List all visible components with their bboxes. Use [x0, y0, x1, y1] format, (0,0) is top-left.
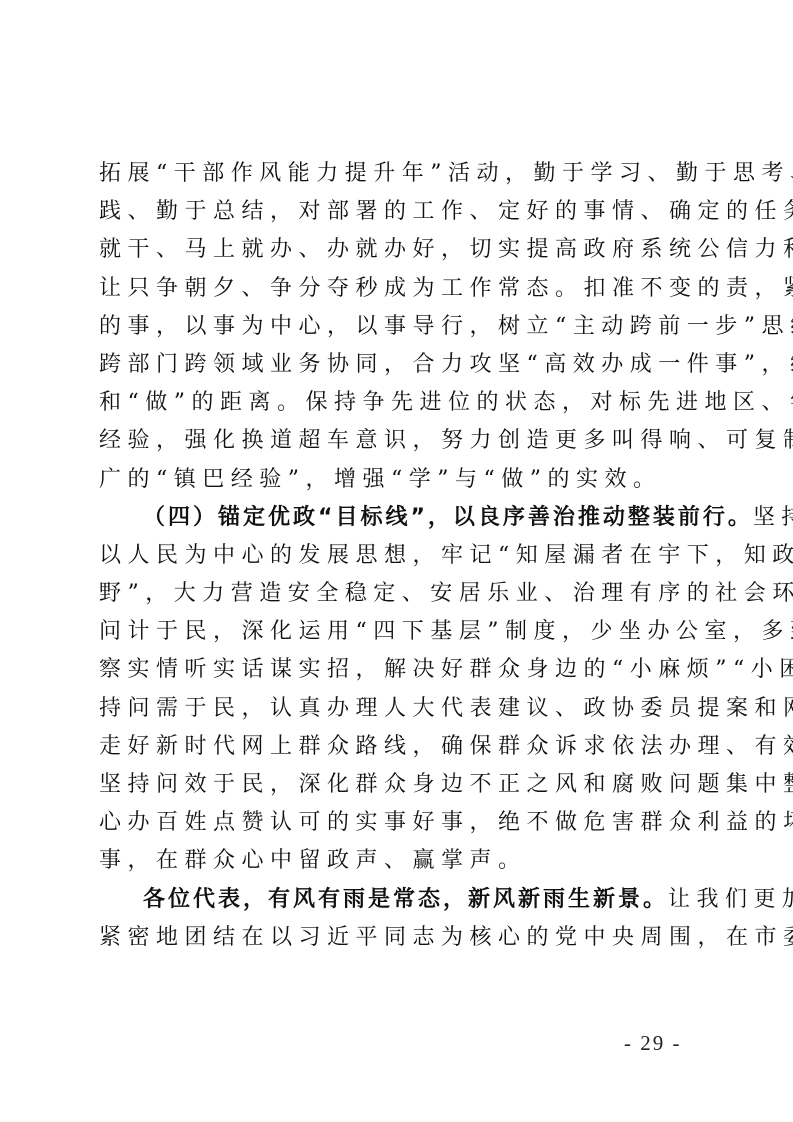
body-text: 拓展“干部作风能力提升年”活动，勤于学习、勤于思考、勤于实 践、勤于总结，对部署… — [99, 155, 695, 957]
paragraph-line: 经验，强化换道超车意识，努力创造更多叫得响、可复制、能推 — [99, 422, 695, 460]
closing-heading: 各位代表，有风有雨是常态，新风新雨生新景。 — [143, 887, 668, 912]
paragraph-line: 让只争朝夕、争分夺秒成为工作常态。扣准不变的责，紧盯应办 — [99, 270, 695, 308]
paragraph-line: 就干、马上就办、办就办好，切实提高政府系统公信力和落实力， — [99, 231, 695, 269]
page-number: - 29 - — [624, 1031, 682, 1056]
paragraph-line: 问计于民，深化运用“四下基层”制度，少坐办公室，多到第一线， — [99, 613, 695, 651]
closing-heading-tail: 让我们更加 — [668, 887, 793, 912]
section-heading-tail: 坚持 — [753, 505, 793, 530]
paragraph-line: 野”，大力营造安全稳定、安居乐业、治理有序的社会环境。坚持 — [99, 575, 695, 613]
section-heading-line: （四）锚定优政“目标线”，以良序善治推动整装前行。坚持 — [99, 499, 695, 537]
paragraph-line: 察实情听实话谋实招，解决好群众身边的“小麻烦”“小困扰”。坚 — [99, 651, 695, 689]
paragraph-line: 走好新时代网上群众路线，确保群众诉求依法办理、有效解决。 — [99, 728, 695, 766]
paragraph-line: 践、勤于总结，对部署的工作、定好的事情、确定的任务，说了 — [99, 193, 695, 231]
paragraph-line: 事，在群众心中留政声、赢掌声。 — [99, 842, 695, 880]
paragraph-line: 的事，以事为中心，以事导行，树立“主动跨前一步”思维，加强 — [99, 308, 695, 346]
closing-heading-line: 各位代表，有风有雨是常态，新风新雨生新景。让我们更加 — [99, 881, 695, 919]
paragraph-line: 持问需于民，认真办理人大代表建议、政协委员提案和网民留言， — [99, 690, 695, 728]
paragraph-line: 心办百姓点赞认可的实事好事，绝不做危害群众利益的坏事烂 — [99, 804, 695, 842]
paragraph-line: 坚持问效于民，深化群众身边不正之风和腐败问题集中整治，用 — [99, 766, 695, 804]
paragraph-line: 紧密地团结在以习近平同志为核心的党中央周围，在市委、市政 — [99, 919, 695, 957]
section-heading: （四）锚定优政“目标线”，以良序善治推动整装前行。 — [143, 505, 753, 530]
paragraph-line: 广的“镇巴经验”，增强“学”与“做”的实效。 — [99, 461, 695, 499]
paragraph-line: 以人民为中心的发展思想，牢记“知屋漏者在宇下，知政失者在草 — [99, 537, 695, 575]
document-page: 拓展“干部作风能力提升年”活动，勤于学习、勤于思考、勤于实 践、勤于总结，对部署… — [0, 0, 793, 1122]
paragraph-line: 和“做”的距离。保持争先进位的状态，对标先进地区、学习创新 — [99, 384, 695, 422]
paragraph-line: 拓展“干部作风能力提升年”活动，勤于学习、勤于思考、勤于实 — [99, 155, 695, 193]
paragraph-line: 跨部门跨领域业务协同，合力攻坚“高效办成一件事”，缩短“说” — [99, 346, 695, 384]
